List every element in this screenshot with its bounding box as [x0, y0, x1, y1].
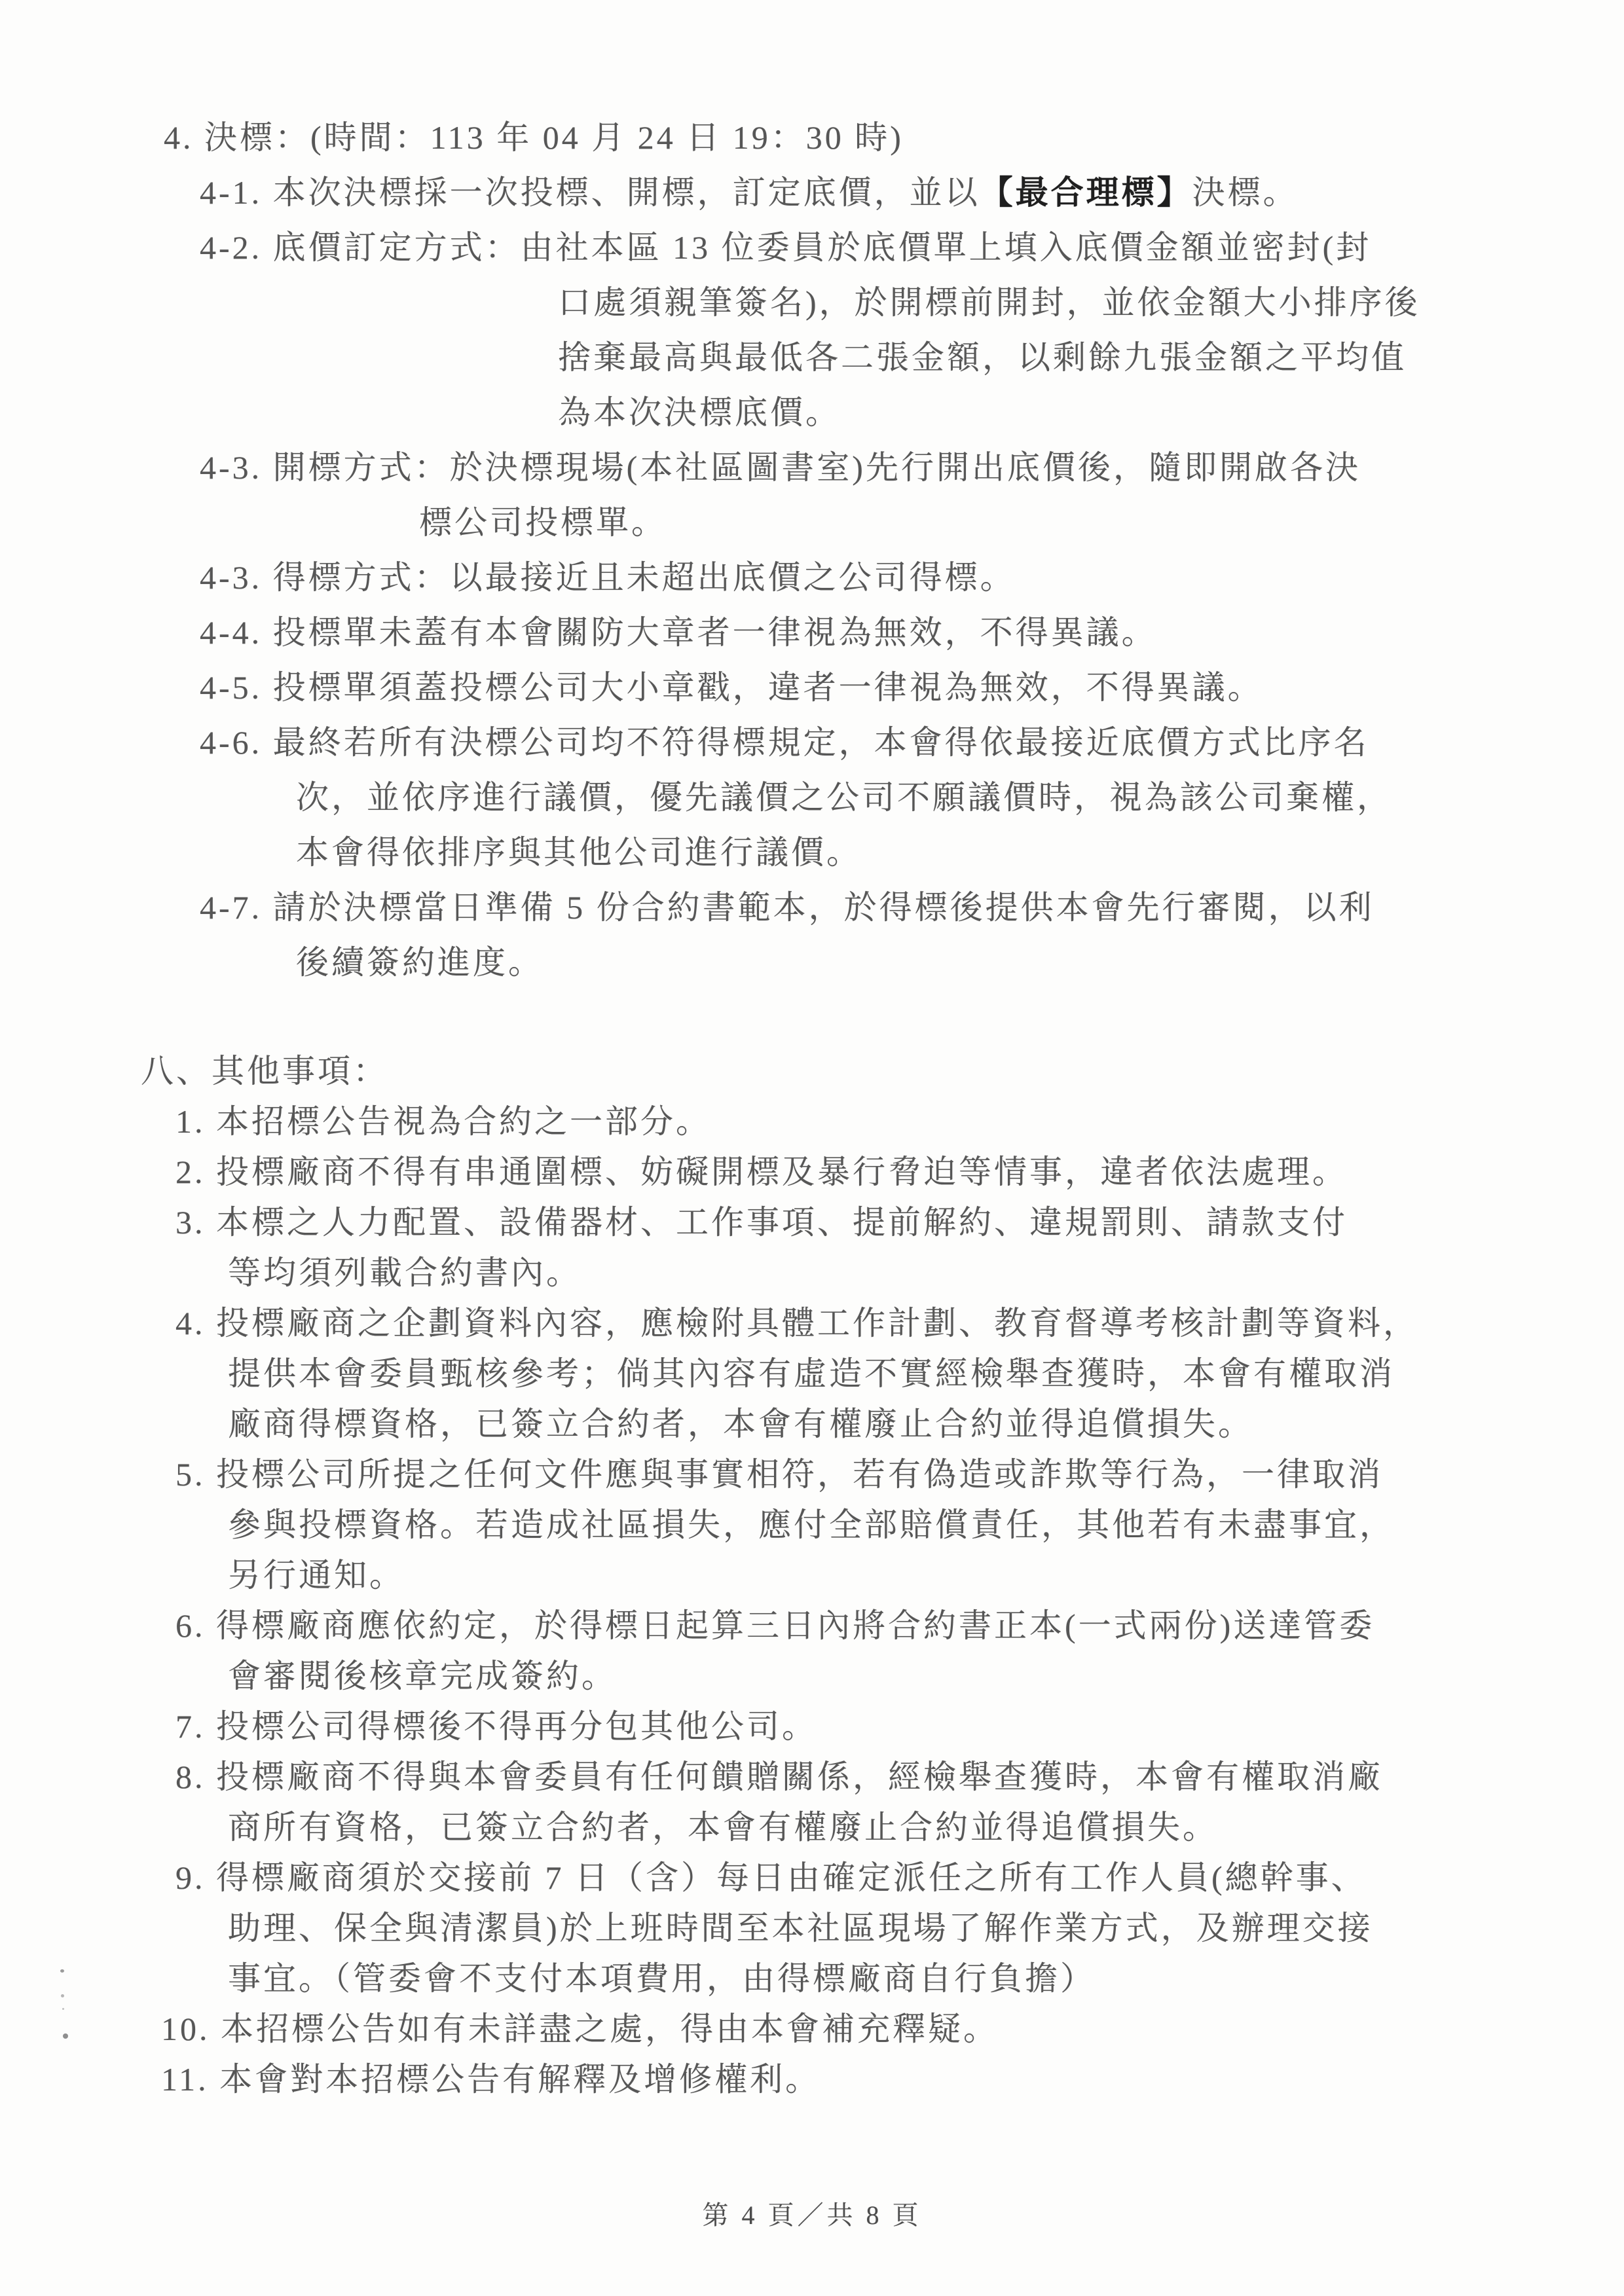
text-line: 會審閱後核章完成簽約。: [228, 1651, 1624, 1702]
text-line: 八、其他事項：: [141, 1046, 1624, 1097]
text-line: 4-3. 得標方式：以最接近且未超出底價之公司得標。: [200, 550, 1624, 605]
text-line: 次，並依序進行議價，優先議價之公司不願議價時，視為該公司棄權，: [296, 770, 1624, 825]
text-line: 4-2. 底價訂定方式：由社本區 13 位委員於底價單上填入底價金額並密封(封: [200, 220, 1624, 275]
text-line: 商所有資格，已簽立合約者，本會有權廢止合約並得追償損失。: [228, 1802, 1624, 1853]
scan-speck: [60, 1969, 64, 1973]
text-line: 廠商得標資格，已簽立合約者，本會有權廢止合約並得追償損失。: [228, 1399, 1624, 1449]
text-line: 另行通知。: [228, 1550, 1624, 1601]
text-line: 5. 投標公司所提之任何文件應與事實相符，若有偽造或詐欺等行為，一律取消: [175, 1449, 1624, 1500]
text-line: 後續簽約進度。: [296, 935, 1624, 990]
text-line: 4-7. 請於決標當日準備 5 份合約書範本，於得標後提供本會先行審閱，以利: [200, 880, 1624, 935]
text-line: 參與投標資格。若造成社區損失，應付全部賠償責任，其他若有未盡事宜，: [228, 1500, 1624, 1550]
text-segment: 決標。: [1192, 174, 1299, 211]
text-line: 口處須親筆簽名)，於開標前開封，並依金額大小排序後: [558, 275, 1624, 330]
text-line: 9. 得標廠商須於交接前 7 日（含）每日由確定派任之所有工作人員(總幹事、: [175, 1853, 1624, 1903]
text-line: 為本次決標底價。: [558, 385, 1624, 440]
text-line: 8. 投標廠商不得與本會委員有任何饋贈關係，經檢舉查獲時，本會有權取消廠: [175, 1752, 1624, 1802]
text-line: 4-5. 投標單須蓋投標公司大小章戳，違者一律視為無效，不得異議。: [200, 660, 1624, 715]
text-line: 提供本會委員甄核參考；倘其內容有虛造不實經檢舉查獲時，本會有權取消: [228, 1349, 1624, 1399]
text-line: 捨棄最高與最低各二張金額，以剩餘九張金額之平均值: [558, 330, 1624, 385]
text-line: 4. 決標：(時間：113 年 04 月 24 日 19：30 時): [164, 110, 1624, 165]
text-segment: 4-1. 本次決標採一次投標、開標，訂定底價，並以: [200, 174, 980, 211]
text-line: 4-6. 最終若所有決標公司均不符得標規定，本會得依最接近底價方式比序名: [200, 715, 1624, 770]
text-line: 11. 本會對本招標公告有解釋及增修權利。: [161, 2054, 1624, 2105]
text-line: 助理、保全與清潔員)於上班時間至本社區現場了解作業方式，及辦理交接: [228, 1903, 1624, 1954]
page-number: 第 4 頁／共 8 頁: [0, 2195, 1624, 2232]
text-line: 4-4. 投標單未蓋有本會關防大章者一律視為無效，不得異議。: [200, 605, 1624, 660]
text-line: 1. 本招標公告視為合約之一部分。: [175, 1097, 1624, 1147]
text-line: 等均須列載合約書內。: [228, 1248, 1624, 1298]
scanned-document-page: { "doc": { "text_color": "#565656", "hig…: [0, 0, 1624, 2296]
text-line: 4-3. 開標方式：於決標現場(本社區圖書室)先行開出底價後，隨即開啟各決: [200, 440, 1624, 495]
text-line: 3. 本標之人力配置、設備器材、工作事項、提前解約、違規罰則、請款支付: [175, 1197, 1624, 1248]
text-line: 10. 本招標公告如有未詳盡之處，得由本會補充釋疑。: [161, 2004, 1624, 2054]
text-line: 4-1. 本次決標採一次投標、開標，訂定底價，並以【最合理標】決標。: [200, 165, 1624, 220]
text-line: 6. 得標廠商應依約定，於得標日起算三日內將合約書正本(一式兩份)送達管委: [175, 1601, 1624, 1651]
scan-speck: [62, 2008, 64, 2010]
text-line: 2. 投標廠商不得有串通圍標、妨礙開標及暴行脅迫等情事，違者依法處理。: [175, 1147, 1624, 1197]
text-line: 事宜。（管委會不支付本項費用，由得標廠商自行負擔）: [228, 1954, 1624, 2004]
scan-speck: [63, 2033, 68, 2039]
scan-speck: [61, 1994, 64, 1997]
text-line: 標公司投標單。: [419, 495, 1624, 550]
highlighted-text: 【最合理標】: [980, 174, 1192, 211]
text-line: 7. 投標公司得標後不得再分包其他公司。: [175, 1702, 1624, 1752]
document-body: 4. 決標：(時間：113 年 04 月 24 日 19：30 時)4-1. 本…: [0, 110, 1624, 2105]
text-line: 4. 投標廠商之企劃資料內容，應檢附具體工作計劃、教育督導考核計劃等資料，: [175, 1298, 1624, 1349]
text-line: 本會得依排序與其他公司進行議價。: [296, 825, 1624, 880]
